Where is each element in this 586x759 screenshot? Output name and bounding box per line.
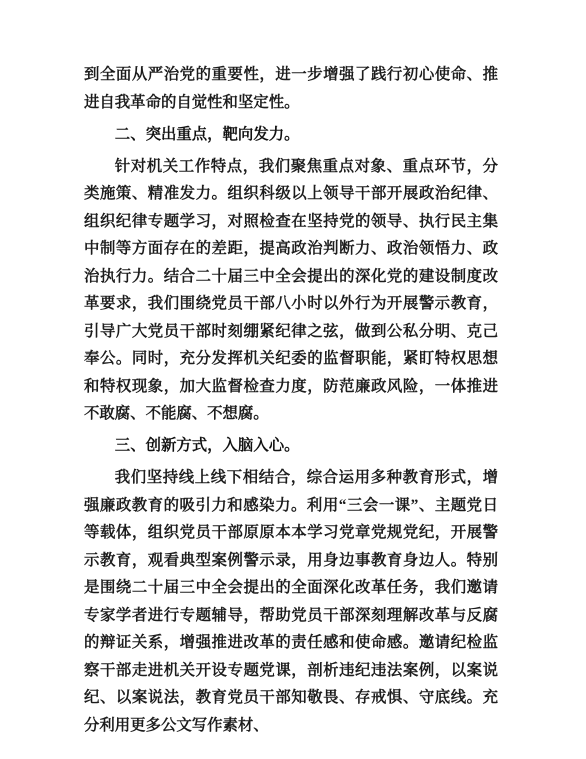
body-paragraph: 针对机关工作特点，我们聚焦重点对象、重点环节，分类施策、精准发力。组织科级以上领… — [84, 153, 498, 428]
document-text-block: 到全面从严治党的重要性，进一步增强了践行初心使命、推进自我革命的自觉性和坚定性。… — [84, 61, 498, 744]
body-paragraph: 到全面从严治党的重要性，进一步增强了践行初心使命、推进自我革命的自觉性和坚定性。 — [84, 61, 498, 116]
body-paragraph: 我们坚持线上线下相结合，综合运用多种教育形式，增强廉政教育的吸引力和感染力。利用… — [84, 464, 498, 739]
section-heading: 二、突出重点，靶向发力。 — [84, 121, 498, 149]
section-heading: 三、创新方式，入脑入心。 — [84, 432, 498, 460]
document-page: 到全面从严治党的重要性，进一步增强了践行初心使命、推进自我革命的自觉性和坚定性。… — [0, 0, 586, 759]
